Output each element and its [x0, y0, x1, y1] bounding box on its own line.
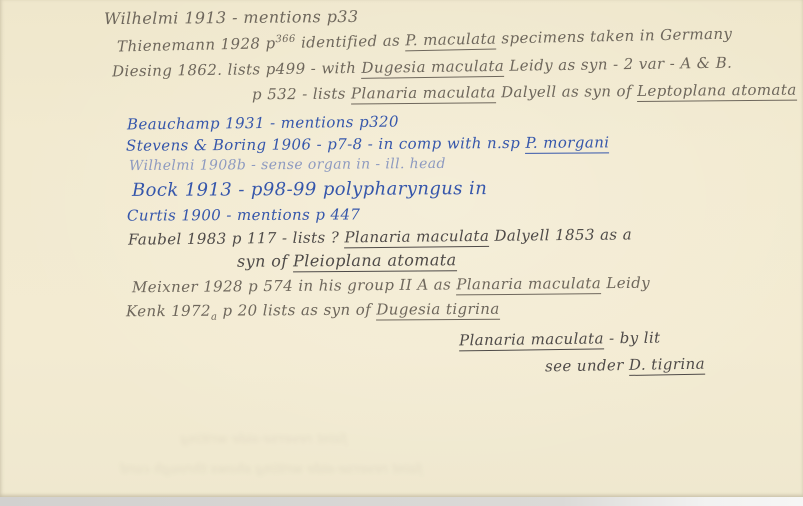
- note-text: 366: [275, 34, 296, 45]
- species-name: Dugesia maculata: [361, 57, 504, 79]
- note-text: - by lit: [604, 329, 661, 348]
- note-text: Leidy as syn - 2 var - A & B.: [504, 54, 732, 75]
- bleed-through-text: faint reverse-side writing shows through…: [120, 462, 422, 477]
- note-line: Wilhelmi 1908b - sense organ in - ill. h…: [129, 156, 446, 175]
- note-text: identified as: [296, 31, 406, 51]
- note-line: see under D. tigrina: [545, 355, 705, 376]
- note-line: Wilhelmi 1913 - mentions p33: [104, 7, 359, 28]
- note-text: see under: [545, 356, 629, 375]
- note-line: Kenk 1972a p 20 lists as syn of Dugesia …: [126, 300, 500, 325]
- note-text: Dalyell 1853 as a: [489, 225, 632, 244]
- note-line: Thienemann 1928 p366 identified as P. ma…: [117, 25, 733, 56]
- note-text: Leidy: [601, 274, 650, 292]
- note-line: Curtis 1900 - mentions p 447: [127, 205, 360, 224]
- note-line: Diesing 1862. lists p499 - with Dugesia …: [112, 54, 732, 81]
- scanner-background-strip: [0, 497, 803, 506]
- species-name: D. tigrina: [629, 355, 705, 376]
- species-name: P. maculata: [405, 30, 496, 52]
- note-line: Meixner 1928 p 574 in his group II A as …: [132, 274, 650, 297]
- species-name: Pleioplana atomata: [293, 250, 457, 272]
- note-card: Wilhelmi 1913 - mentions p33Thienemann 1…: [0, 0, 803, 497]
- note-line: p 532 - lists Planaria maculata Dalyell …: [252, 81, 797, 104]
- note-text: Curtis 1900 - mentions p 447: [127, 205, 360, 224]
- note-text: Kenk 1972: [126, 302, 211, 321]
- note-line: syn of Pleioplana atomata: [237, 250, 457, 271]
- note-text: syn of: [237, 251, 293, 270]
- note-text: Thienemann 1928 p: [117, 34, 276, 55]
- species-name: Planaria maculata: [351, 83, 496, 104]
- note-text: Wilhelmi 1908b - sense organ in - ill. h…: [129, 156, 446, 174]
- note-text: Wilhelmi 1913 - mentions p33: [104, 7, 359, 28]
- species-name: Dugesia tigrina: [376, 300, 500, 321]
- note-text: specimens taken in Germany: [496, 25, 732, 48]
- note-text: p 20 lists as syn of: [217, 301, 376, 320]
- note-text: Beauchamp 1931 - mentions p320: [127, 113, 399, 134]
- species-name: Planaria maculata: [456, 274, 601, 295]
- note-text: Meixner 1928 p 574 in his group II A as: [132, 275, 456, 296]
- note-text: Diesing 1862. lists p499 - with: [112, 59, 362, 80]
- note-text: Bock 1913 - p98-99 polypharyngus in: [132, 178, 487, 201]
- bleed-through-text: faint reverse-side writing: [180, 432, 347, 447]
- species-name: P. morgani: [525, 133, 609, 154]
- note-text: Faubel 1983 p 117 - lists ?: [128, 228, 345, 248]
- note-text: Stevens & Boring 1906 - p7-8 - in comp w…: [126, 134, 526, 155]
- note-line: Stevens & Boring 1906 - p7-8 - in comp w…: [126, 133, 610, 154]
- note-text: p 532 - lists: [252, 85, 351, 104]
- note-line: Faubel 1983 p 117 - lists ? Planaria mac…: [128, 225, 632, 248]
- species-name: Leptoplana atomata: [637, 81, 797, 102]
- species-name: Planaria maculata: [344, 227, 489, 249]
- note-line: Beauchamp 1931 - mentions p320: [127, 113, 399, 134]
- species-name: Planaria maculata: [459, 329, 604, 351]
- note-line: Planaria maculata - by lit: [459, 329, 661, 350]
- note-text: Dalyell as syn of: [496, 82, 637, 101]
- note-line: Bock 1913 - p98-99 polypharyngus in: [132, 178, 487, 201]
